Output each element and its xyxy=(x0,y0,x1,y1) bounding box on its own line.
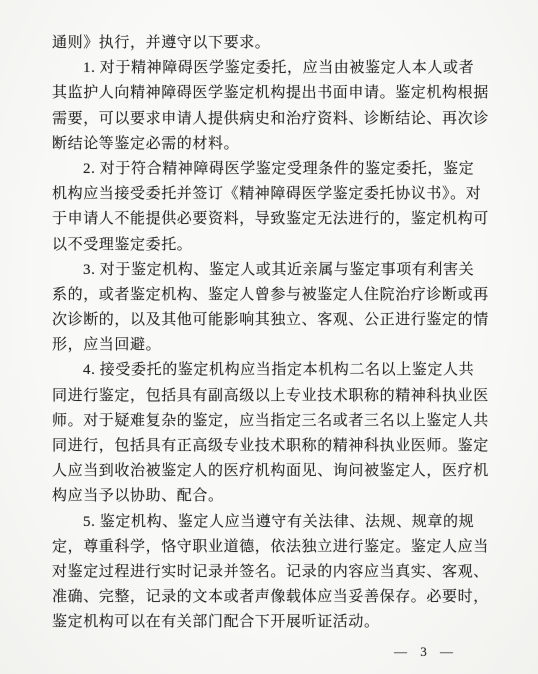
text-line: 其监护人向精神障碍医学鉴定机构提出书面申请。鉴定机构根据 xyxy=(52,81,489,106)
text-line: 5. 鉴定机构、鉴定人应当遵守有关法律、法规、规章的规 xyxy=(52,510,489,535)
text-line: 定，尊重科学，恪守职业道德，依法独立进行鉴定。鉴定人应当 xyxy=(52,535,489,560)
text-line: 人应当到收治被鉴定人的医疗机构面见、询问被鉴定人，医疗机 xyxy=(52,459,489,484)
text-line: 机构应当接受委托并签订《精神障碍医学鉴定委托协议书》。对 xyxy=(52,182,489,207)
text-line: 形，应当回避。 xyxy=(52,333,489,358)
document-page: 通则》执行，并遵守以下要求。 1. 对于精神障碍医学鉴定委托，应当由被鉴定人本人… xyxy=(0,0,538,674)
text-line: 1. 对于精神障碍医学鉴定委托，应当由被鉴定人本人或者 xyxy=(52,56,489,81)
paragraph: 4. 接受委托的鉴定机构应当指定本机构二名以上鉴定人共 同进行鉴定，包括具有副高… xyxy=(52,358,489,509)
text-line: 2. 对于符合精神障碍医学鉴定受理条件的鉴定委托，鉴定 xyxy=(52,157,489,182)
text-line: 于申请人不能提供必要资料，导致鉴定无法进行的，鉴定机构可 xyxy=(52,207,489,232)
text-line: 断结论等鉴定必需的材料。 xyxy=(52,132,489,157)
text-line: 需要，可以要求申请人提供病史和治疗资料、诊断结论、再次诊 xyxy=(52,107,489,132)
text-line: 系的，或者鉴定机构、鉴定人曾参与被鉴定人住院治疗诊断或再 xyxy=(52,283,489,308)
page-number: — 3 — xyxy=(394,645,458,659)
paragraph: 1. 对于精神障碍医学鉴定委托，应当由被鉴定人本人或者 其监护人向精神障碍医学鉴… xyxy=(52,56,489,157)
paragraph: 5. 鉴定机构、鉴定人应当遵守有关法律、法规、规章的规 定，尊重科学，恪守职业道… xyxy=(52,510,489,636)
text-line: 对鉴定过程进行实时记录并签名。记录的内容应当真实、客观、 xyxy=(52,560,489,585)
text-line: 同进行，包括具有正高级专业技术职称的精神科执业医师。鉴定 xyxy=(52,434,489,459)
text-line: 同进行鉴定，包括具有副高级以上专业技术职称的精神科执业医 xyxy=(52,384,489,409)
text-line: 次诊断的，以及其他可能影响其独立、客观、公正进行鉴定的情 xyxy=(52,308,489,333)
text-line: 通则》执行，并遵守以下要求。 xyxy=(52,31,489,56)
paragraph: 3. 对于鉴定机构、鉴定人或其近亲属与鉴定事项有利害关 系的，或者鉴定机构、鉴定… xyxy=(52,258,489,359)
paragraph: 通则》执行，并遵守以下要求。 xyxy=(52,31,489,56)
text-line: 以不受理鉴定委托。 xyxy=(52,233,489,258)
text-line: 鉴定机构可以在有关部门配合下开展听证活动。 xyxy=(52,610,489,635)
text-line: 3. 对于鉴定机构、鉴定人或其近亲属与鉴定事项有利害关 xyxy=(52,258,489,283)
document-body: 通则》执行，并遵守以下要求。 1. 对于精神障碍医学鉴定委托，应当由被鉴定人本人… xyxy=(52,31,489,636)
text-line: 准确、完整，记录的文本或者声像载体应当妥善保存。必要时， xyxy=(52,585,489,610)
text-line: 构应当予以协助、配合。 xyxy=(52,484,489,509)
text-line: 4. 接受委托的鉴定机构应当指定本机构二名以上鉴定人共 xyxy=(52,358,489,383)
paragraph: 2. 对于符合精神障碍医学鉴定受理条件的鉴定委托，鉴定 机构应当接受委托并签订《… xyxy=(52,157,489,258)
text-line: 师。对于疑难复杂的鉴定，应当指定三名或者三名以上鉴定人共 xyxy=(52,409,489,434)
